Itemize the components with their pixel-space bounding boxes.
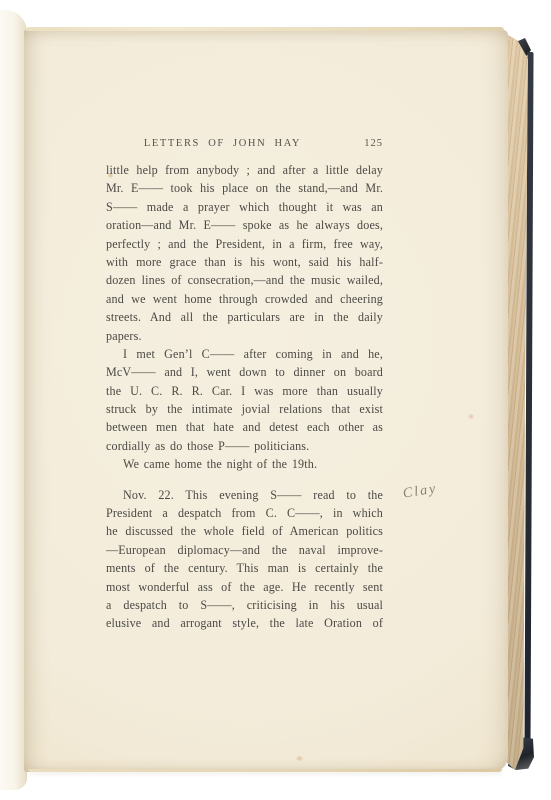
text-line: with more grace than is his wont, said h… xyxy=(106,253,383,271)
text-line: elusive and arrogant style, the late Ora… xyxy=(106,614,383,632)
text-line: perfectly ; and the President, in a firm… xyxy=(106,235,383,253)
text-line: S—— made a prayer which thought it was a… xyxy=(106,198,383,216)
text-line: the U. C. R. R. Car. I was more than usu… xyxy=(106,382,383,400)
foxing-spot xyxy=(468,414,474,419)
text-line: papers. xyxy=(106,327,383,345)
foxing-spot xyxy=(296,756,303,761)
text-line: Mr. E—— took his place on the stand,—and… xyxy=(106,179,383,197)
text-line: —European diplomacy—and the naval improv… xyxy=(106,541,383,559)
text-line: little help from anybody ; and after a l… xyxy=(106,161,383,179)
text-line: ments of the century. This man is certai… xyxy=(106,559,383,577)
text-line: he discussed the whole field of American… xyxy=(106,522,383,540)
running-header-title: LETTERS OF JOHN HAY xyxy=(106,138,339,149)
text-line: most wonderful ass of the age. He recent… xyxy=(106,578,383,596)
running-header: LETTERS OF JOHN HAY 125 xyxy=(106,138,383,152)
page-top-edge xyxy=(26,27,504,31)
text-line: Nov. 22. This evening S—— read to the xyxy=(106,486,383,504)
page-number: 125 xyxy=(364,138,383,149)
text-line: We came home the night of the 19th. xyxy=(106,455,383,473)
text-line: streets. And all the particulars are in … xyxy=(106,308,383,326)
text-line: and we went home through crowded and che… xyxy=(106,290,383,308)
text-column: little help from anybody ; and after a l… xyxy=(106,161,383,633)
text-line: struck by the intimate jovial relations … xyxy=(106,400,383,418)
facing-page-edge xyxy=(0,10,27,790)
text-line: a despatch to S——, criticising in his us… xyxy=(106,596,383,614)
book-photo: LETTERS OF JOHN HAY 125 little help from… xyxy=(0,0,551,800)
text-line: dozen lines of consecration,—and the mus… xyxy=(106,271,383,289)
text-line: between men that hate and detest each ot… xyxy=(106,418,383,436)
text-line: I met Gen’l C—— after coming in and he, xyxy=(106,345,383,363)
text-line: cordially as do those P—— politicians. xyxy=(106,437,383,455)
text-line: oration—and Mr. E—— spoke as he always d… xyxy=(106,216,383,234)
text-line: President a despatch from C. C——, in whi… xyxy=(106,504,383,522)
page-bottom-edge xyxy=(28,769,502,772)
text-line: McV—— and I, went down to dinner on boar… xyxy=(106,363,383,381)
